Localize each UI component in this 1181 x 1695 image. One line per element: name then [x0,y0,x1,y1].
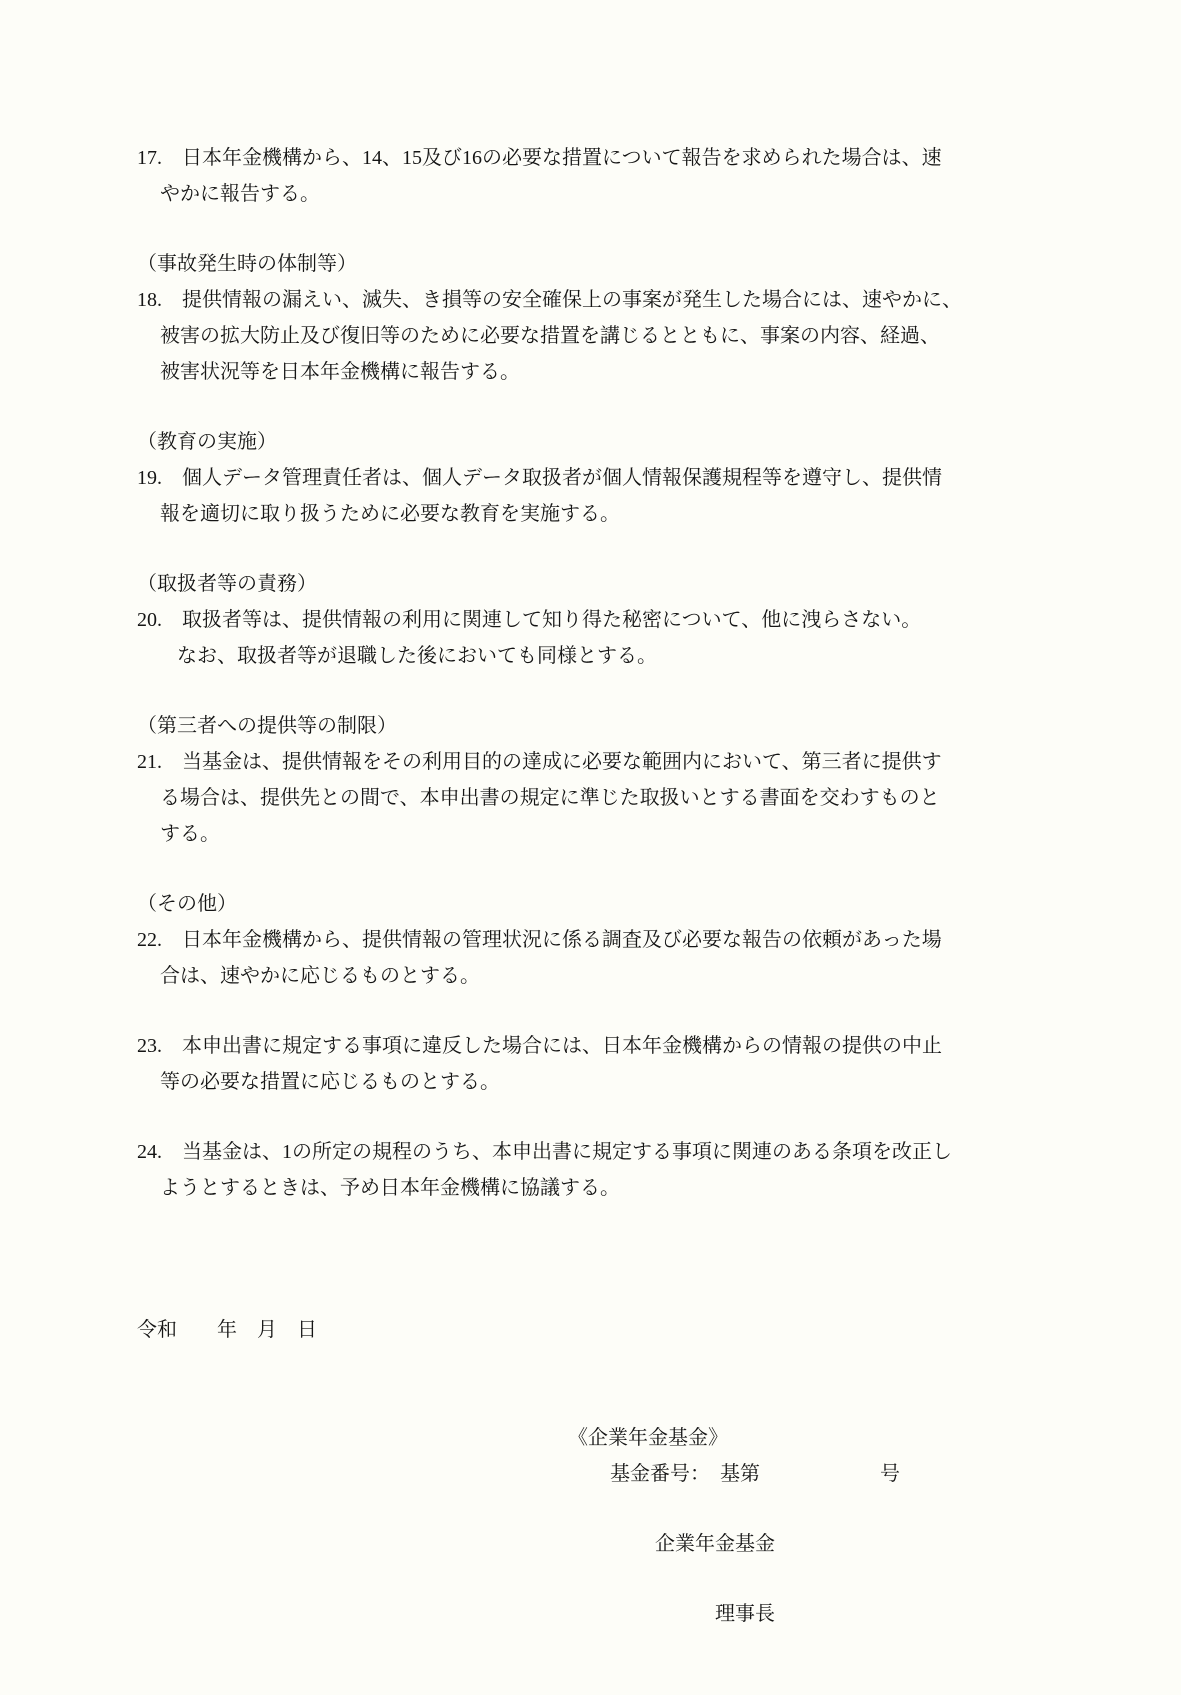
section-heading-education: （教育の実施） [137,424,1061,460]
item-17: 17. 日本年金機構から、14、15及び16の必要な措置について報告を求められた… [137,140,1061,212]
item-20-line-1: 20. 取扱者等は、提供情報の利用に関連して知り得た秘密について、他に洩らさない… [137,602,1061,638]
item-20-line-2: なお、取扱者等が退職した後においても同様とする。 [137,638,1061,674]
section-third-party-limit: （第三者への提供等の制限） 21. 当基金は、提供情報をその利用目的の達成に必要… [137,708,1061,852]
item-22-line-1: 22. 日本年金機構から、提供情報の管理状況に係る調査及び必要な報告の依頼があっ… [137,922,1061,958]
item-23: 23. 本申出書に規定する事項に違反した場合には、日本年金機構からの情報の提供の… [137,1028,1061,1100]
item-24-line-2: ようとするときは、予め日本年金機構に協議する。 [137,1170,1061,1206]
section-heading-incident: （事故発生時の体制等） [137,246,1061,282]
item-24: 24. 当基金は、1の所定の規程のうち、本申出書に規定する事項に関連のある条項を… [137,1134,1061,1206]
section-heading-other: （その他） [137,886,1061,922]
item-17-line-1: 17. 日本年金機構から、14、15及び16の必要な措置について報告を求められた… [137,140,1061,176]
section-heading-handler-duty: （取扱者等の責務） [137,566,1061,602]
president-title: 理事長 [137,1596,1061,1632]
org-bracket-label: 《企業年金基金》 [137,1420,1061,1456]
date-line: 令和 年 月 日 [137,1240,1061,1420]
item-23-line-1: 23. 本申出書に規定する事項に違反した場合には、日本年金機構からの情報の提供の… [137,1028,1061,1064]
signature-block: 《企業年金基金》 基金番号： 基第 号 企業年金基金 理事長 [137,1420,1061,1632]
section-other: （その他） 22. 日本年金機構から、提供情報の管理状況に係る調査及び必要な報告… [137,886,1061,994]
item-21-line-1: 21. 当基金は、提供情報をその利用目的の達成に必要な範囲内において、第三者に提… [137,744,1061,780]
item-19-line-2: 報を適切に取り扱うために必要な教育を実施する。 [137,496,1061,532]
item-22-line-2: 合は、速やかに応じるものとする。 [137,958,1061,994]
item-18-line-2: 被害の拡大防止及び復旧等のために必要な措置を講じるとともに、事案の内容、経過、 [137,318,1061,354]
org-name-label: 企業年金基金 [137,1526,1061,1562]
item-23-line-2: 等の必要な措置に応じるものとする。 [137,1064,1061,1100]
item-21-line-3: する。 [137,816,1061,852]
item-24-line-1: 24. 当基金は、1の所定の規程のうち、本申出書に規定する事項に関連のある条項を… [137,1134,1061,1170]
document-page: 17. 日本年金機構から、14、15及び16の必要な措置について報告を求められた… [0,0,1181,1695]
item-18-line-3: 被害状況等を日本年金機構に報告する。 [137,354,1061,390]
item-18-line-1: 18. 提供情報の漏えい、滅失、き損等の安全確保上の事案が発生した場合には、速や… [137,282,1061,318]
section-handler-duty: （取扱者等の責務） 20. 取扱者等は、提供情報の利用に関連して知り得た秘密につ… [137,566,1061,674]
section-incident-response: （事故発生時の体制等） 18. 提供情報の漏えい、滅失、き損等の安全確保上の事案… [137,246,1061,390]
item-19-line-1: 19. 個人データ管理責任者は、個人データ取扱者が個人情報保護規程等を遵守し、提… [137,460,1061,496]
reiwa-date-placeholder: 令和 年 月 日 [137,1312,1061,1348]
item-17-line-2: やかに報告する。 [137,176,1061,212]
fund-number-line: 基金番号： 基第 号 [137,1456,1061,1492]
section-heading-third-party: （第三者への提供等の制限） [137,708,1061,744]
section-education: （教育の実施） 19. 個人データ管理責任者は、個人データ取扱者が個人情報保護規… [137,424,1061,532]
item-21-line-2: る場合は、提供先との間で、本申出書の規定に準じた取扱いとする書面を交わすものと [137,780,1061,816]
